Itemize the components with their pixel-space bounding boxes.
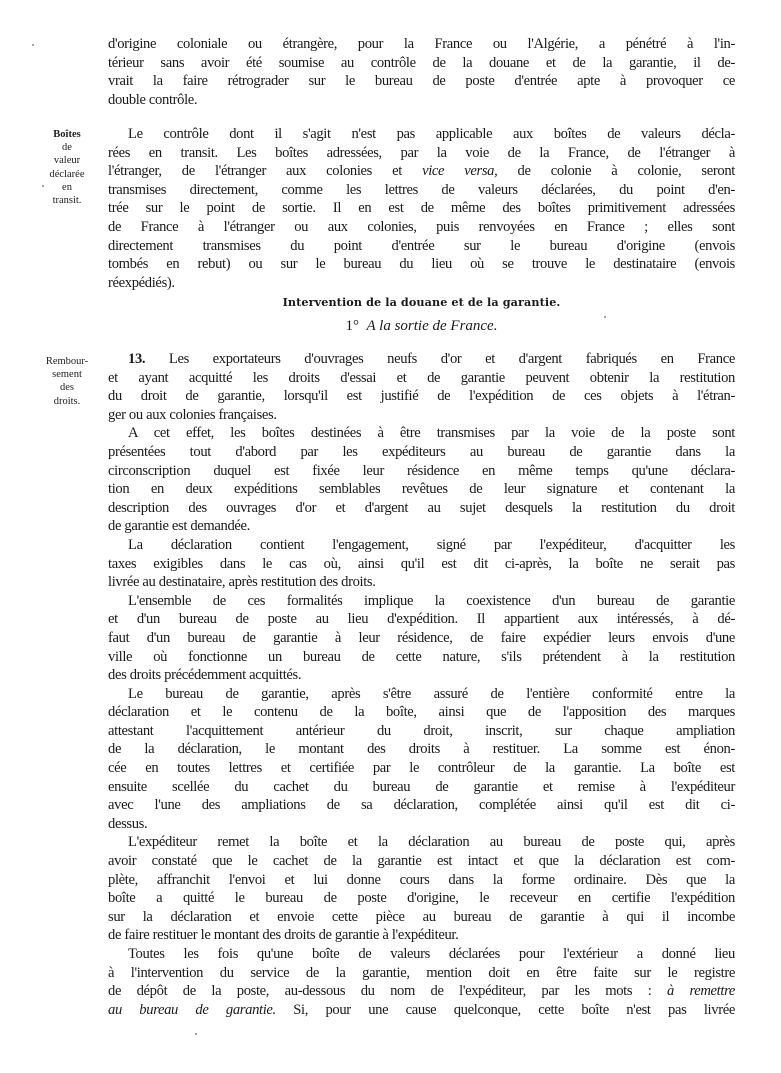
scan-speck	[195, 1033, 197, 1035]
text-line-with-article-number: 13. Les exportateurs d'ouvrages neufs d'…	[108, 350, 735, 369]
text-line: sur la déclaration et envoie cette pièce…	[108, 908, 735, 927]
text-line: boîte a quitté le bureau de poste d'orig…	[108, 889, 735, 908]
text-line: de la déclaration, le montant des droits…	[108, 740, 735, 759]
margin-note-line: sement	[30, 368, 104, 381]
text-run: l'étranger, de l'étranger aux colonies e…	[108, 163, 422, 179]
text-line: avoir constaté que le cachet de la garan…	[108, 852, 735, 871]
text-line: faut d'un bureau de garantie à leur rési…	[108, 629, 735, 648]
text-run: Les exportateurs d'ouvrages neufs d'or e…	[169, 351, 735, 367]
text-line: déclaration et le contenu de la boîte, a…	[108, 703, 735, 722]
text-line: tombés en rebut) ou sur le bureau du lie…	[108, 255, 735, 274]
text-line: réexpédiés).	[108, 274, 735, 293]
text-line: cée en toutes lettres et certifiée par l…	[108, 759, 735, 778]
margin-note-remboursement: Rembour- sement des droits.	[30, 355, 104, 408]
text-line: double contrôle.	[108, 91, 735, 110]
text-line: trée sur le point de sortie. Il en est d…	[108, 199, 735, 218]
paragraph-continuation: d'origine coloniale ou étrangère, pour l…	[108, 35, 735, 109]
article-number: 13.	[128, 351, 145, 367]
text-line-with-italic: au bureau de garantie. Si, pour une caus…	[108, 1001, 735, 1020]
text-line: avec l'une des ampliations de sa déclara…	[108, 796, 735, 815]
text-line: La déclaration contient l'engagement, si…	[108, 536, 735, 555]
margin-note-line: Rembour-	[30, 355, 104, 368]
text-line: Le contrôle dont il s'agit n'est pas app…	[108, 125, 735, 144]
text-line: directement transmises du point d'entrée…	[108, 237, 735, 256]
italic-text-run: au bureau de garantie.	[108, 1002, 276, 1018]
text-line: dessus.	[108, 815, 735, 834]
text-line: d'origine coloniale ou étrangère, pour l…	[108, 35, 735, 54]
scan-speck	[32, 44, 34, 46]
text-run: Si, pour une cause quelconque, cette boî…	[276, 1002, 735, 1018]
text-line: et ayant acquitté les droits d'essai et …	[108, 369, 735, 388]
text-line: ensuite scellée du cachet du bureau de g…	[108, 778, 735, 797]
text-line: rées en transit. Les boîtes adressées, p…	[108, 144, 735, 163]
margin-note-line: de	[30, 141, 104, 154]
section-heading: Intervention de la douane et de la garan…	[108, 295, 735, 309]
italic-text-run: à remettre	[667, 983, 735, 999]
text-line: et d'un bureau de poste au lieu d'expédi…	[108, 610, 735, 629]
document-page: d'origine coloniale ou étrangère, pour l…	[0, 0, 781, 1073]
text-line: de faire restituer le montant des droits…	[108, 926, 735, 945]
margin-note-line: déclarée	[30, 168, 104, 181]
paragraph-transit: Le contrôle dont il s'agit n'est pas app…	[108, 125, 735, 292]
text-line: Le bureau de garantie, après s'être assu…	[108, 685, 735, 704]
text-line: de garantie est demandée.	[108, 517, 735, 536]
text-line: description des ouvrages d'or et d'argen…	[108, 499, 735, 518]
margin-note-line: Boîtes	[30, 128, 104, 141]
italic-text-run: vice versa	[422, 163, 494, 179]
scan-speck	[42, 185, 44, 187]
text-line: Toutes les fois qu'une boîte de valeurs …	[108, 945, 735, 964]
text-line: de France à l'étranger ou aux colonies, …	[108, 218, 735, 237]
text-line: présentées tout d'abord par les expédite…	[108, 443, 735, 462]
text-line: térieur sans avoir été soumise au contrô…	[108, 54, 735, 73]
text-line: attestant l'acquittement antérieur du dr…	[108, 722, 735, 741]
text-line: circonscription duquel est fixée leur ré…	[108, 462, 735, 481]
margin-note-line: droits.	[30, 395, 104, 408]
text-line: ger ou aux colonies françaises.	[108, 406, 735, 425]
text-line: tion en deux expéditions semblables revê…	[108, 480, 735, 499]
text-line: taxes exigibles dans le cas où, ainsi qu…	[108, 555, 735, 574]
text-line-with-italic: l'étranger, de l'étranger aux colonies e…	[108, 162, 735, 181]
margin-note-line: transit.	[30, 194, 104, 207]
margin-note-transit: Boîtes de valeur déclarée en transit.	[30, 128, 104, 207]
text-line: du droit de garantie, lorsqu'il est just…	[108, 387, 735, 406]
text-line: livrée au destinataire, après restitutio…	[108, 573, 735, 592]
text-line: des droits précédemment acquittés.	[108, 666, 735, 685]
text-line: L'ensemble de ces formalités implique la…	[108, 592, 735, 611]
margin-note-line: en	[30, 181, 104, 194]
article-13: 13. Les exportateurs d'ouvrages neufs d'…	[108, 350, 735, 1019]
text-line: L'expéditeur remet la boîte et la déclar…	[108, 833, 735, 852]
subsection-title: A la sortie de France.	[367, 318, 498, 334]
text-run: , de colonie à colonie, seront	[494, 163, 735, 179]
text-run: de dépôt de la poste, au-dessous du nom …	[108, 983, 667, 999]
scan-speck	[604, 316, 606, 318]
text-line: ville où fonctionne un bureau de cette n…	[108, 648, 735, 667]
text-line-with-italic: de dépôt de la poste, au-dessous du nom …	[108, 982, 735, 1001]
text-line: transmises directement, comme les lettre…	[108, 181, 735, 200]
margin-note-line: des	[30, 381, 104, 394]
subsection-number: 1°	[346, 318, 360, 334]
subsection-heading: 1° A la sortie de France.	[108, 318, 735, 335]
text-line: A cet effet, les boîtes destinées à être…	[108, 424, 735, 443]
text-line: vrait la faire rétrograder sur le bureau…	[108, 72, 735, 91]
text-line: à l'intervention du service de la garant…	[108, 964, 735, 983]
text-line: plète, affranchit l'envoi et lui donne c…	[108, 871, 735, 890]
margin-note-line: valeur	[30, 154, 104, 167]
